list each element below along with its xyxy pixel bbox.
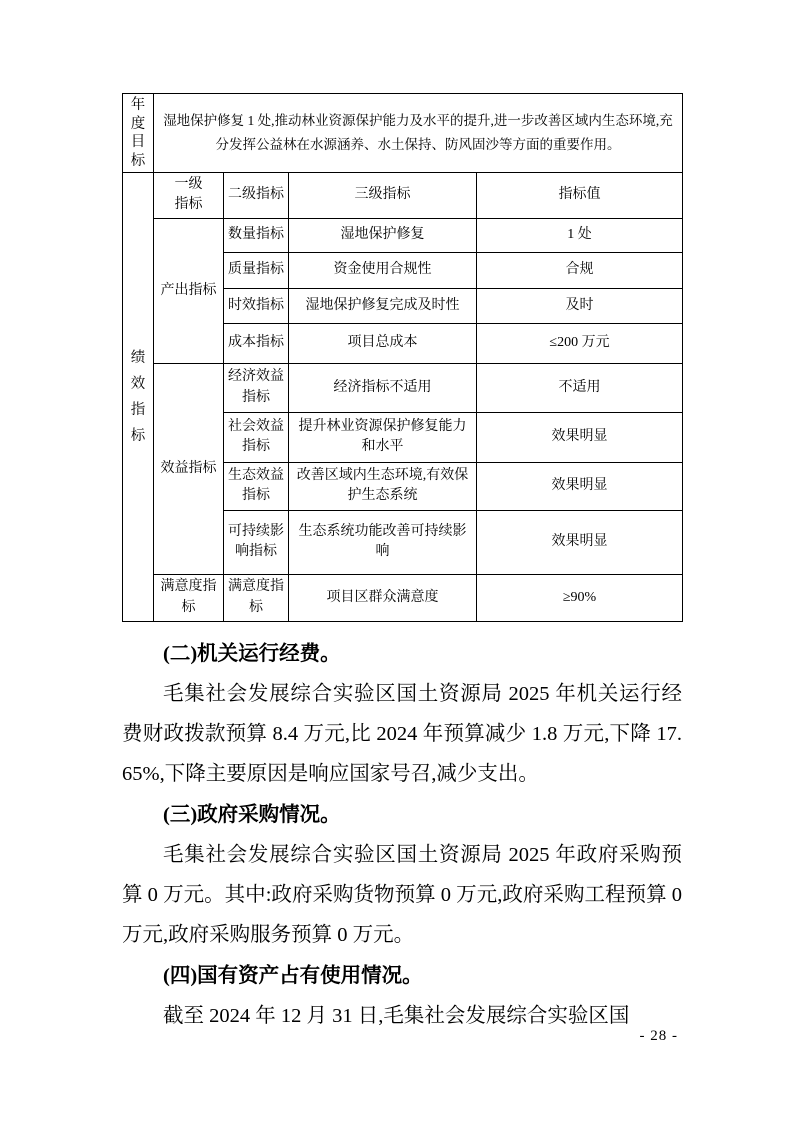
document-page: 年度目标 湿地保护修复 1 处,推动林业资源保护能力及水平的提升,进一步改善区域…	[0, 0, 794, 1122]
section-paragraph: 毛集社会发展综合实验区国土资源局 2025 年机关运行经费财政拨款预算 8.4 …	[122, 675, 682, 795]
level2-cell: 成本指标	[224, 323, 289, 363]
annual-goal-text: 湿地保护修复 1 处,推动林业资源保护能力及水平的提升,进一步改善区域内生态环境…	[154, 94, 683, 173]
annual-goal-label-cell: 年度目标	[123, 94, 154, 173]
performance-indicator-label: 绩效指标	[131, 345, 146, 449]
level3-cell: 湿地保护修复完成及时性	[289, 288, 477, 323]
value-cell: 及时	[477, 288, 683, 323]
level3-cell: 资金使用合规性	[289, 252, 477, 288]
level3-cell: 生态系统功能改善可持续影响	[289, 510, 477, 574]
section-state-assets: (四)国有资产占有使用情况。 截至 2024 年 12 月 31 日,毛集社会发…	[122, 956, 682, 1037]
header-level3: 三级指标	[289, 173, 477, 219]
level2-cell: 社会效益指标	[224, 412, 289, 462]
level2-cell: 经济效益指标	[224, 363, 289, 412]
annual-goal-row: 年度目标 湿地保护修复 1 处,推动林业资源保护能力及水平的提升,进一步改善区域…	[123, 94, 683, 173]
level2-cell: 生态效益指标	[224, 462, 289, 510]
value-cell: ≤200 万元	[477, 323, 683, 363]
level2-cell: 数量指标	[224, 218, 289, 252]
table-row: 产出指标 数量指标 湿地保护修复 1 处	[123, 218, 683, 252]
performance-indicator-table: 年度目标 湿地保护修复 1 处,推动林业资源保护能力及水平的提升,进一步改善区域…	[122, 93, 683, 622]
annual-goal-label: 年度目标	[131, 96, 146, 170]
table-row: 满意度指标 满意度指标 项目区群众满意度 ≥90%	[123, 574, 683, 621]
output-group-label: 产出指标	[154, 218, 224, 363]
header-value: 指标值	[477, 173, 683, 219]
section-heading: (三)政府采购情况。	[122, 795, 682, 836]
page-content: 年度目标 湿地保护修复 1 处,推动林业资源保护能力及水平的提升,进一步改善区域…	[122, 93, 682, 1037]
indicator-header-row: 绩效指标 一级指标 二级指标 三级指标 指标值	[123, 173, 683, 219]
benefit-group-label: 效益指标	[154, 363, 224, 574]
value-cell: 不适用	[477, 363, 683, 412]
section-agency-operating-funds: (二)机关运行经费。 毛集社会发展综合实验区国土资源局 2025 年机关运行经费…	[122, 634, 682, 795]
table-row: 效益指标 经济效益指标 经济指标不适用 不适用	[123, 363, 683, 412]
header-level2: 二级指标	[224, 173, 289, 219]
level2-cell: 可持续影响指标	[224, 510, 289, 574]
level3-cell: 湿地保护修复	[289, 218, 477, 252]
performance-indicator-label-cell: 绩效指标	[123, 173, 154, 622]
satisfaction-group-label: 满意度指标	[154, 574, 224, 621]
text-sections: (二)机关运行经费。 毛集社会发展综合实验区国土资源局 2025 年机关运行经费…	[122, 634, 682, 1037]
level3-cell: 提升林业资源保护修复能力和水平	[289, 412, 477, 462]
value-cell: 1 处	[477, 218, 683, 252]
value-cell: ≥90%	[477, 574, 683, 621]
level3-cell: 项目总成本	[289, 323, 477, 363]
level2-cell: 时效指标	[224, 288, 289, 323]
value-cell: 合规	[477, 252, 683, 288]
level3-cell: 项目区群众满意度	[289, 574, 477, 621]
level2-cell: 质量指标	[224, 252, 289, 288]
value-cell: 效果明显	[477, 462, 683, 510]
value-cell: 效果明显	[477, 412, 683, 462]
section-heading: (四)国有资产占有使用情况。	[122, 956, 682, 997]
level3-cell: 改善区域内生态环境,有效保护生态系统	[289, 462, 477, 510]
value-cell: 效果明显	[477, 510, 683, 574]
section-heading: (二)机关运行经费。	[122, 634, 682, 675]
section-paragraph: 截至 2024 年 12 月 31 日,毛集社会发展综合实验区国	[122, 997, 682, 1037]
section-paragraph: 毛集社会发展综合实验区国土资源局 2025 年政府采购预算 0 万元。其中:政府…	[122, 836, 682, 956]
level2-cell: 满意度指标	[224, 574, 289, 621]
section-government-procurement: (三)政府采购情况。 毛集社会发展综合实验区国土资源局 2025 年政府采购预算…	[122, 795, 682, 956]
page-number: - 28 -	[640, 1028, 679, 1045]
level3-cell: 经济指标不适用	[289, 363, 477, 412]
header-level1: 一级指标	[154, 173, 224, 219]
